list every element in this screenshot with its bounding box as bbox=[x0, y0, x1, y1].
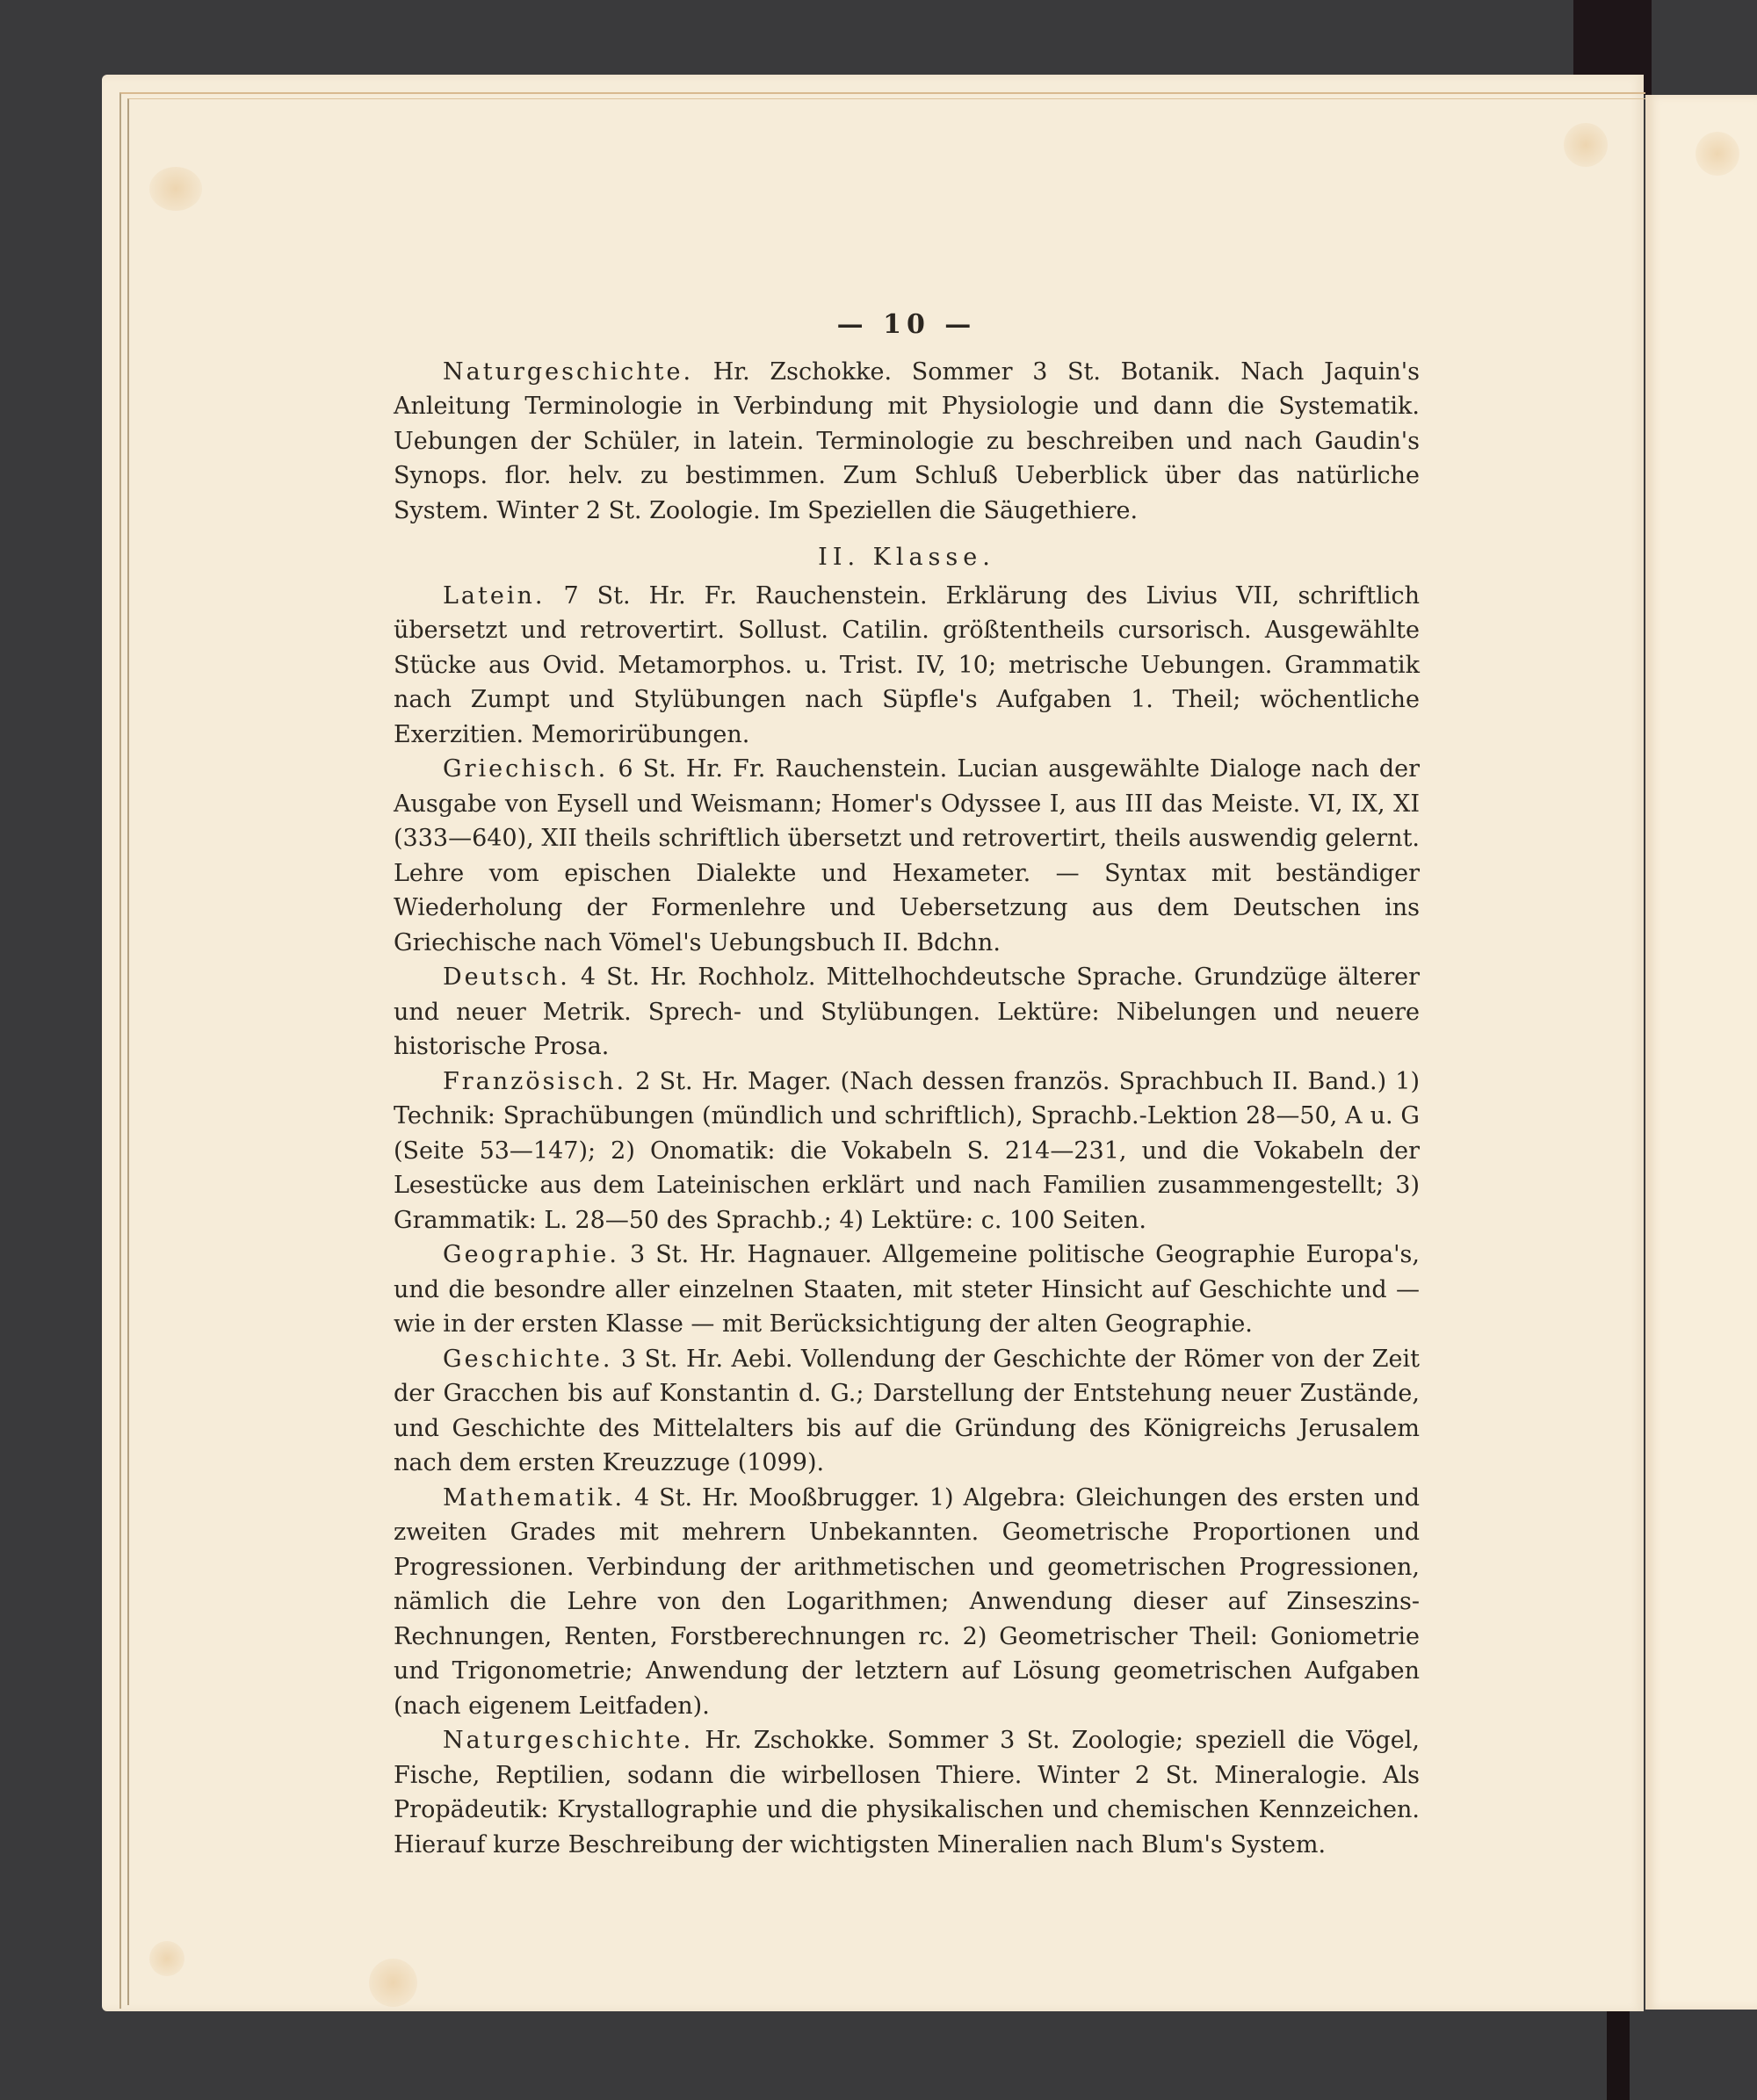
paper-stain bbox=[149, 167, 202, 211]
paragraph-franzoesisch: Französisch. 2 St. Hr. Mager. (Nach dess… bbox=[394, 1064, 1420, 1238]
paper-stain bbox=[369, 1959, 417, 2007]
paper-stain bbox=[1696, 132, 1739, 176]
paragraph-geographie: Geographie. 3 St. Hr. Hagnauer. Allgemei… bbox=[394, 1238, 1420, 1342]
section-heading: II. Klasse. bbox=[394, 540, 1420, 575]
book-spine-bottom bbox=[1607, 2003, 1630, 2100]
paragraph-text: 6 St. Hr. Fr. Rauchenstein. Lucian ausge… bbox=[394, 755, 1420, 956]
paper-stain bbox=[1564, 123, 1608, 167]
paper-stain bbox=[149, 1941, 184, 1976]
paragraph-text: 7 St. Hr. Fr. Rauchenstein. Erklärung de… bbox=[394, 582, 1420, 748]
paragraph-griechisch: Griechisch. 6 St. Hr. Fr. Rauchenstein. … bbox=[394, 752, 1420, 960]
subject-title: Griechisch. bbox=[443, 755, 608, 783]
subject-title: Französisch. bbox=[443, 1068, 626, 1095]
paragraph-deutsch: Deutsch. 4 St. Hr. Rochholz. Mittelhochd… bbox=[394, 960, 1420, 1064]
subject-title: Geschichte. bbox=[443, 1346, 612, 1373]
paragraph-mathematik: Mathematik. 4 St. Hr. Mooßbrugger. 1) Al… bbox=[394, 1481, 1420, 1724]
subject-title: Mathematik. bbox=[443, 1484, 625, 1512]
subject-title: Geographie. bbox=[443, 1241, 619, 1268]
page-content: — 10 — Naturgeschichte. Hr. Zschokke. So… bbox=[394, 299, 1420, 1862]
paragraph-naturgeschichte-2: Naturgeschichte. Hr. Zschokke. Sommer 3 … bbox=[394, 1723, 1420, 1862]
paragraph-geschichte: Geschichte. 3 St. Hr. Aebi. Vollendung d… bbox=[394, 1342, 1420, 1481]
page-number: — 10 — bbox=[394, 307, 1420, 343]
paragraph-naturgeschichte-1: Naturgeschichte. Hr. Zschokke. Sommer 3 … bbox=[394, 355, 1420, 529]
paragraph-latein: Latein. 7 St. Hr. Fr. Rauchenstein. Erkl… bbox=[394, 579, 1420, 753]
paragraph-text: 4 St. Hr. Mooßbrugger. 1) Algebra: Gleic… bbox=[394, 1484, 1420, 1720]
subject-title: Naturgeschichte. bbox=[443, 1727, 693, 1754]
right-page-edge bbox=[1645, 95, 1757, 2010]
subject-title: Deutsch. bbox=[443, 963, 570, 991]
subject-title: Naturgeschichte. bbox=[443, 358, 693, 386]
subject-title: Latein. bbox=[443, 582, 545, 610]
